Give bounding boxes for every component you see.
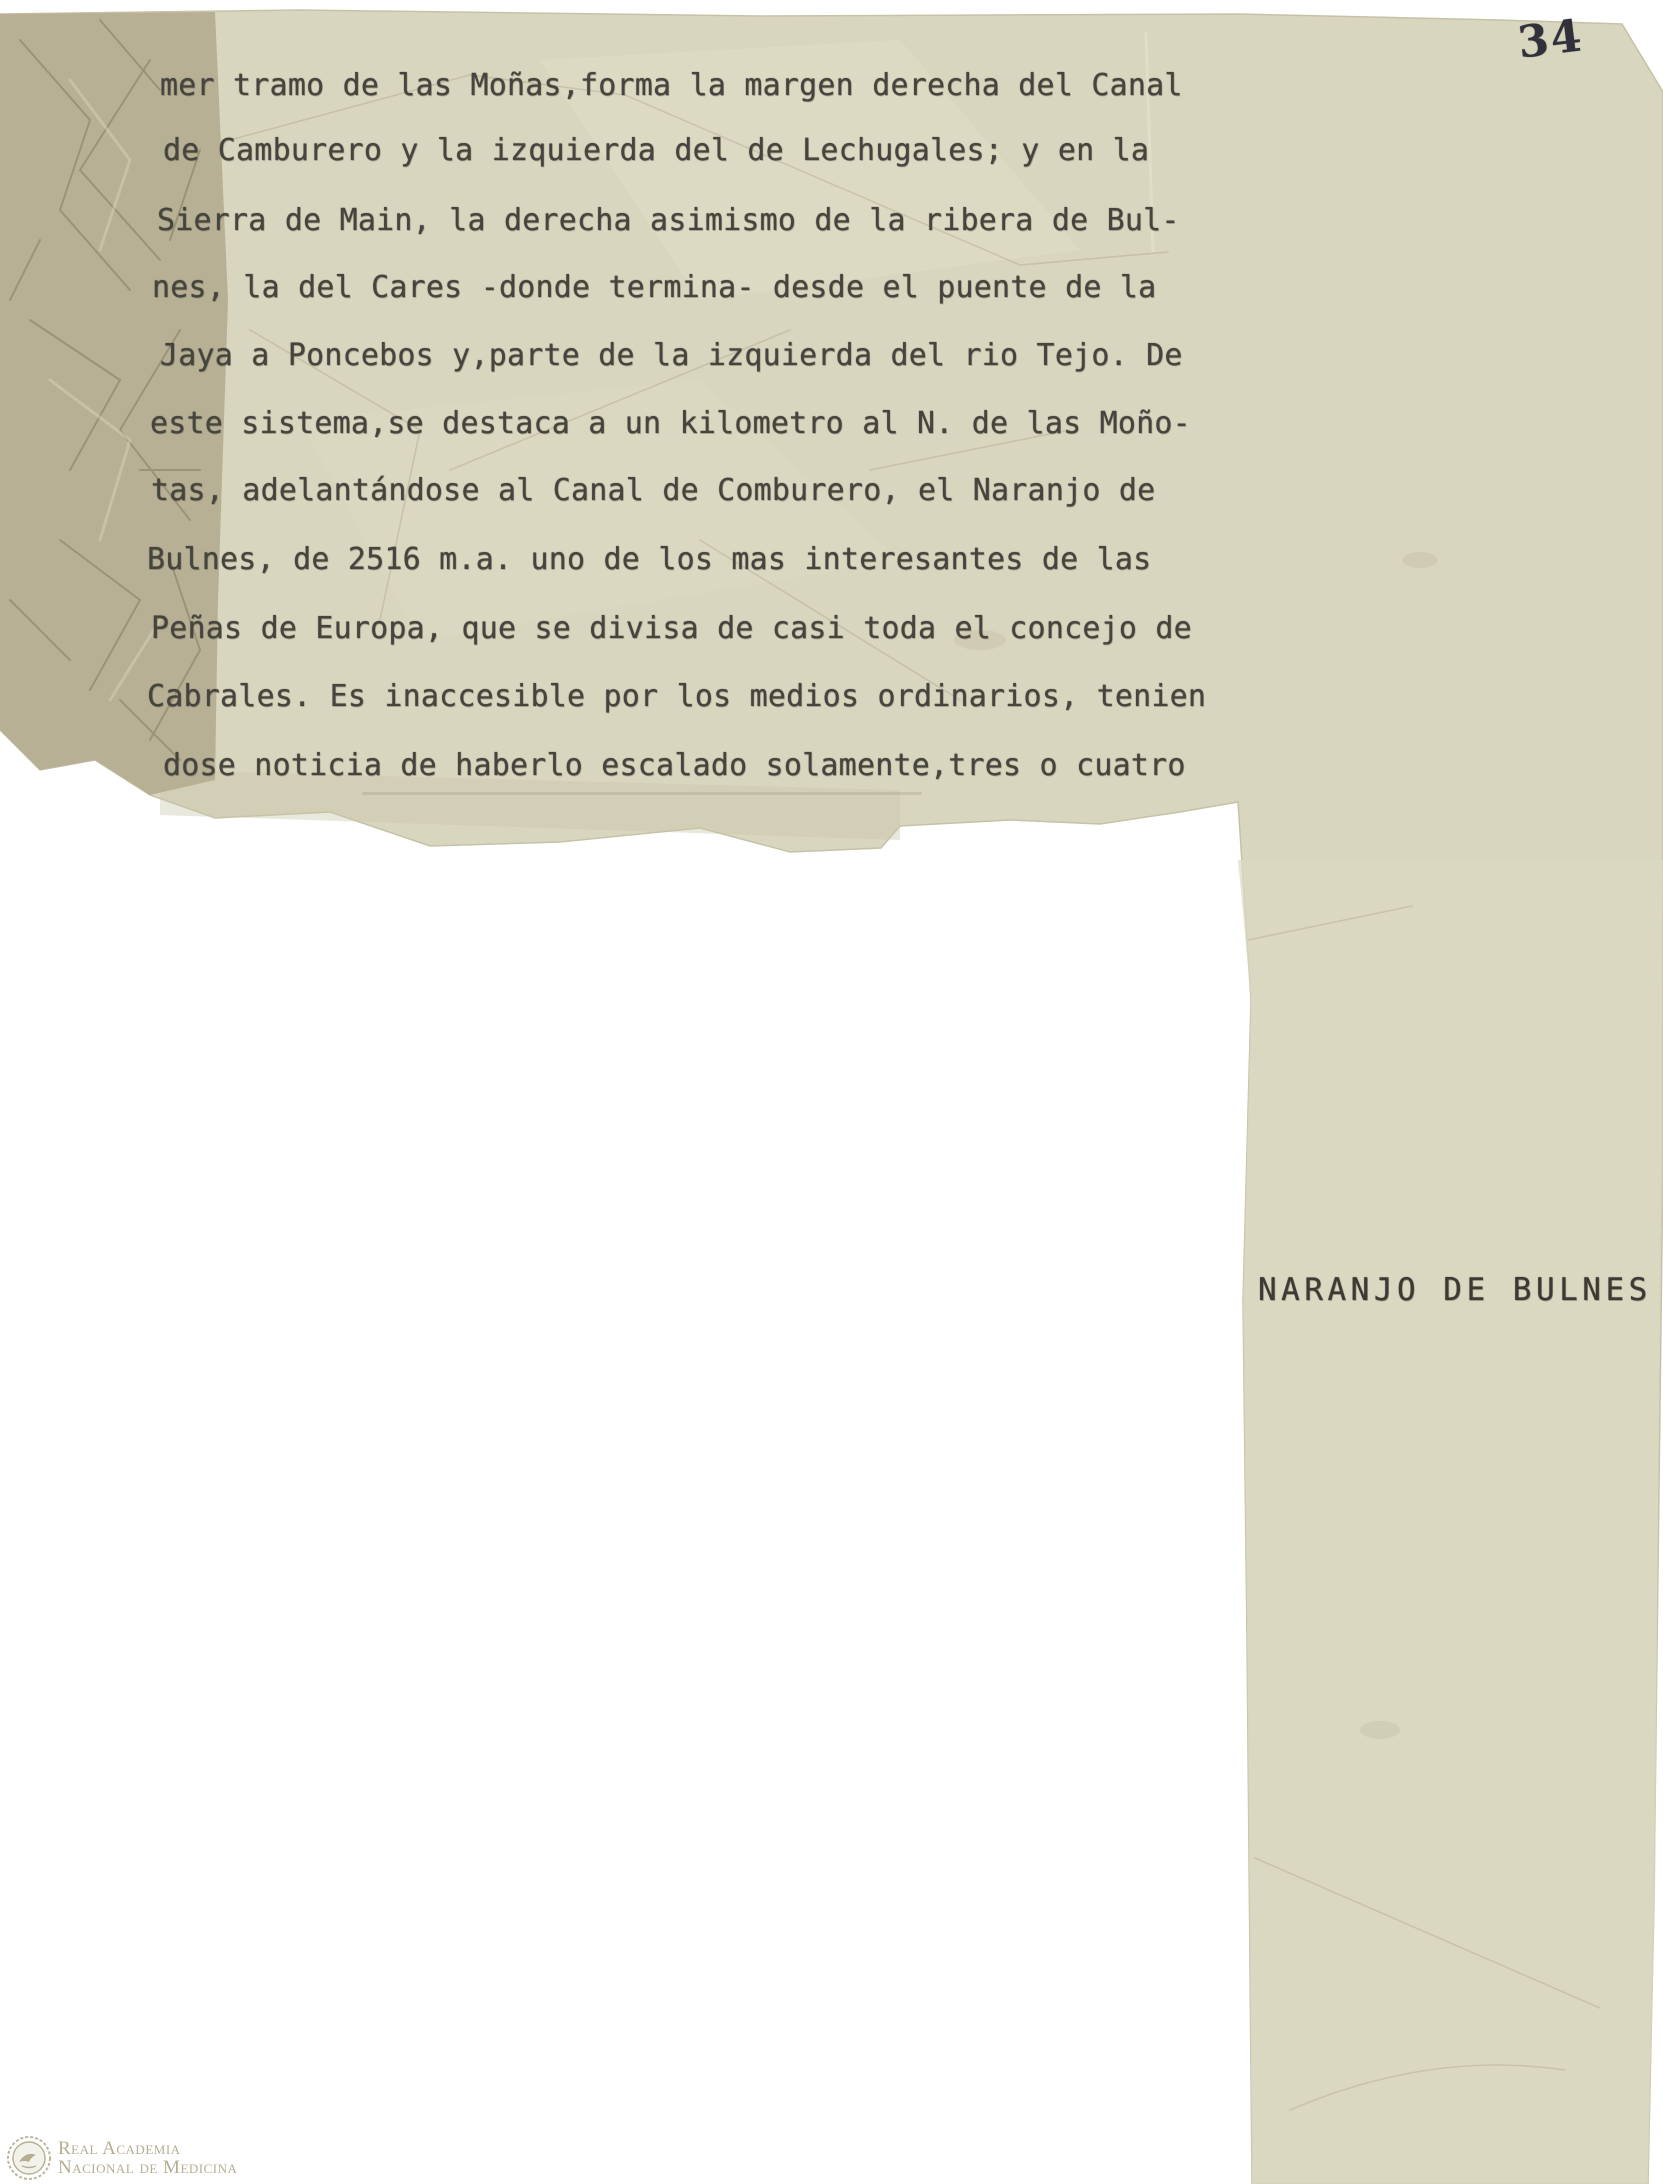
typewritten-line: este sistema,se destaca a un kilometro a… [150,407,1191,441]
ink-smudge [362,792,922,795]
typewritten-line: Peñas de Europa, que se divisa de casi t… [151,612,1192,646]
typewritten-line: Jaya a Poncebos y,parte de la izquierda … [160,339,1183,373]
typewritten-line: dose noticia de haberlo escalado solamen… [163,749,1186,783]
watermark-text: Real Academia Nacional de Medicina [58,2139,237,2177]
archive-watermark: Real Academia Nacional de Medicina [6,2134,336,2182]
scanned-paper-shape [0,0,1663,2184]
photo-caption: NARANJO DE BULNES [1258,1272,1652,1308]
scanned-document-page: { "page": { "page_number": "34", "captio… [0,0,1663,2184]
typewritten-line: Bulnes, de 2516 m.a. uno de los mas inte… [147,543,1151,577]
typewritten-line: Cabrales. Es inaccesible por los medios … [147,680,1206,714]
page-number: 34 [1515,10,1586,69]
watermark-line2: Nacional de Medicina [58,2158,237,2177]
paper-crumpled-area [0,12,228,795]
paper-strip-tone [1238,860,1663,2184]
typewritten-line: mer tramo de las Moñas,forma la margen d… [160,69,1183,103]
typewritten-line: nes, la del Cares -donde termina- desde … [152,271,1156,305]
academy-seal-icon [6,2135,52,2181]
typewritten-line: Sierra de Main, la derecha asimismo de l… [157,204,1180,238]
typewritten-line: tas, adelantándose al Canal de Comburero… [151,474,1155,508]
typewritten-line: de Camburero y la izquierda del de Lechu… [163,134,1149,168]
watermark-line1: Real Academia [58,2139,237,2158]
